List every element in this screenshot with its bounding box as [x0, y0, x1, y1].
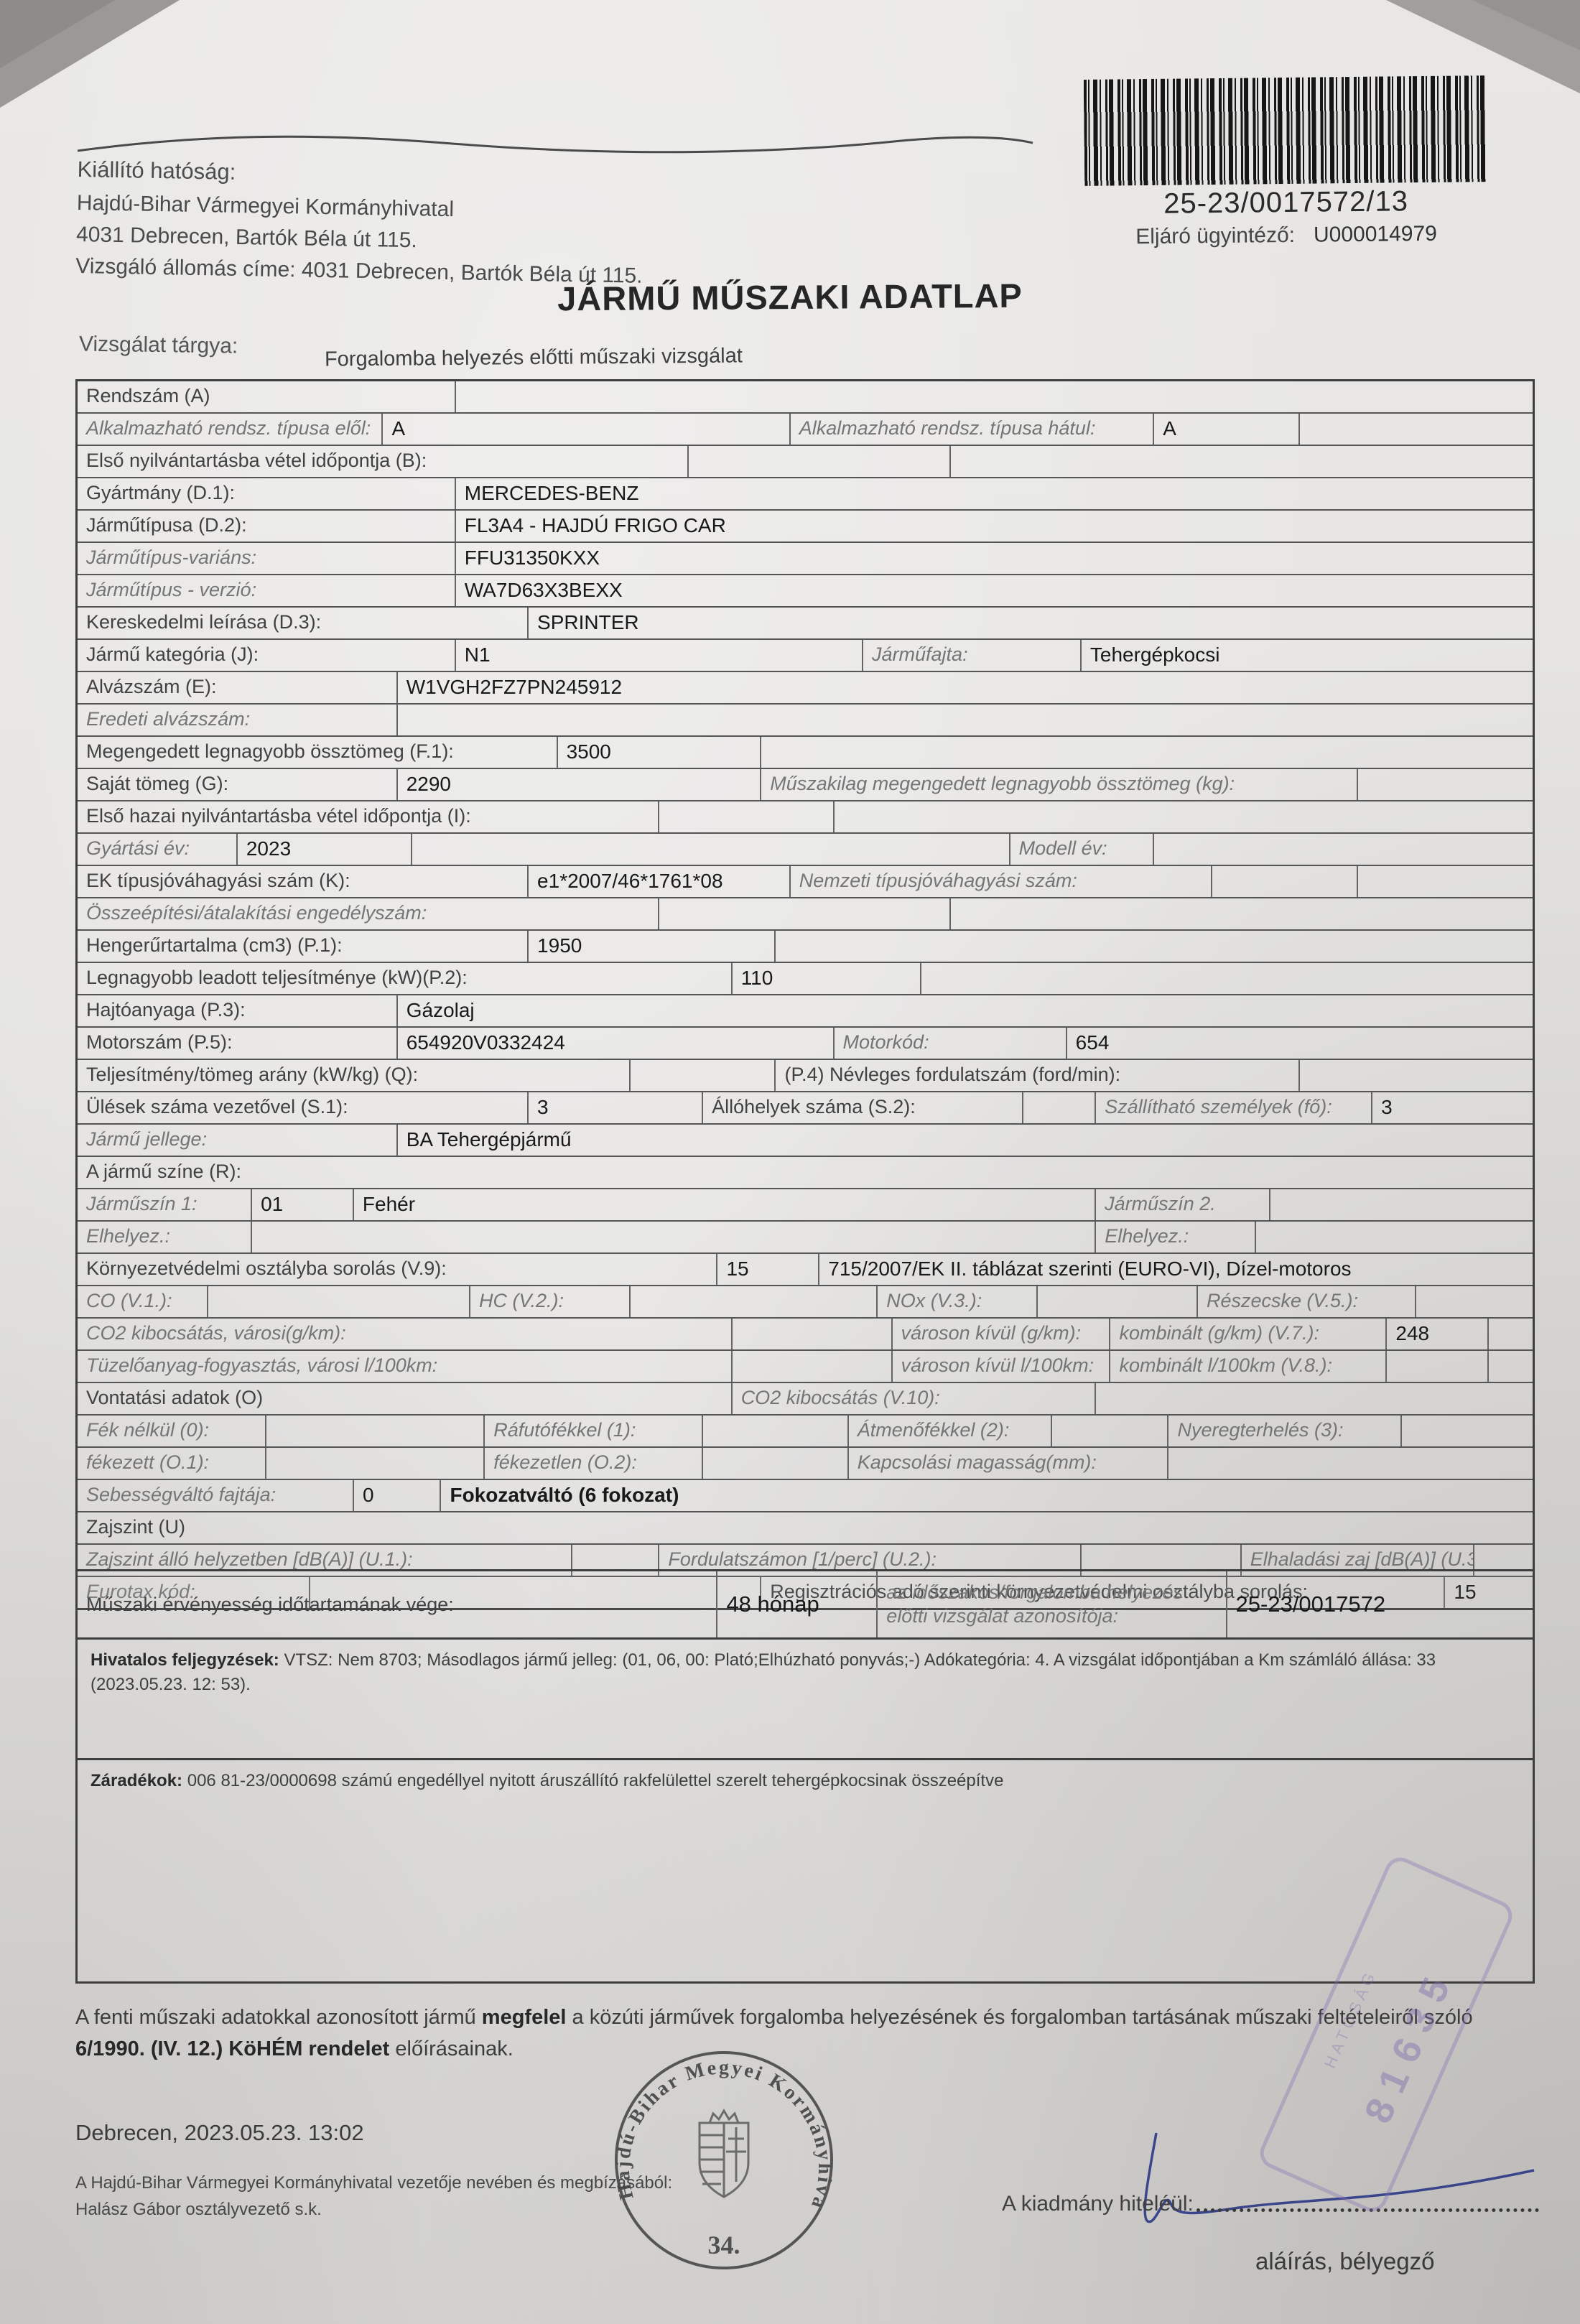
scanned-document: Kiállító hatóság: Hajdú-Bihar Vármegyei …: [0, 0, 1580, 2324]
field-label: Gyártmány (D.1):: [78, 478, 456, 509]
field-label: Nyeregterhelés (3):: [1168, 1416, 1401, 1446]
signer-line: Halász Gábor osztályvezető s.k.: [75, 2200, 322, 2220]
authority-delegation-line: A Hajdú-Bihar Vármegyei Kormányhivatal v…: [75, 2173, 672, 2193]
field-label: HC (V.2.):: [470, 1286, 631, 1317]
field-value: 01: [252, 1189, 354, 1220]
field-label: Elhelyez.:: [78, 1222, 252, 1252]
empty-cell: [659, 801, 834, 832]
statement-bold: 6/1990. (IV. 12.) KöHÉM rendelet: [75, 2037, 389, 2060]
field-value: BA Tehergépjármű: [398, 1125, 1533, 1156]
field-label: Elhelyez.:: [1096, 1222, 1256, 1252]
clerk-line: Eljáró ügyintéző: U000014979: [1078, 221, 1495, 250]
field-value: 110: [733, 963, 921, 994]
coat-of-arms-icon: [700, 2111, 748, 2197]
field-label: Eredeti alvázszám:: [78, 705, 398, 735]
wavy-rule-line: [72, 131, 1041, 159]
empty-cell: [266, 1448, 485, 1479]
field-value: SPRINTER: [529, 608, 1533, 638]
attestation-label: A kiadmány hiteléül:: [1002, 2192, 1194, 2216]
table-row: Járműtípus - verzió:WA7D63X3BEXX: [78, 575, 1533, 608]
photo-corner-shadow: [1472, 0, 1580, 50]
field-label: Alkalmazható rendsz. típusa elől:: [78, 414, 383, 445]
table-row: Alvázszám (E):W1VGH2FZ7PN245912: [78, 672, 1533, 705]
validity-and-notes-box: Műszaki érvényesség időtartamának vége:4…: [75, 1569, 1535, 1984]
field-value: 15: [717, 1254, 819, 1285]
field-label: A jármű színe (R):: [78, 1157, 1533, 1188]
empty-cell: [659, 898, 950, 929]
empty-cell: [1212, 866, 1358, 897]
field-label: (P.4) Névleges fordulatszám (ford/min):: [776, 1060, 1299, 1091]
field-label: Alkalmazható rendsz. típusa hátul:: [791, 414, 1155, 445]
field-label: Első nyilvántartásba vétel időpontja (B)…: [78, 446, 689, 477]
table-row: Első nyilvántartásba vétel időpontja (B)…: [78, 446, 1533, 478]
spacer-cell: [776, 931, 1533, 962]
field-value: A: [383, 414, 790, 445]
field-value: Fokozatváltó (6 fokozat): [441, 1480, 1533, 1511]
empty-cell: [1402, 1416, 1533, 1446]
table-row: Járműtípusa (D.2):FL3A4 - HAJDÚ FRIGO CA…: [78, 511, 1533, 543]
table-row: Teljesítmény/tömeg arány (kW/kg) (Q):(P.…: [78, 1060, 1533, 1092]
svg-text:Hajdú-Bihar Megyei Kormányhiva: Hajdú-Bihar Megyei Kormányhivatal: [595, 2038, 836, 2213]
field-value: 248: [1387, 1319, 1489, 1349]
field-label: Jármű jellege:: [78, 1125, 398, 1156]
field-label: Legnagyobb leadott teljesítménye (kW)(P.…: [78, 963, 733, 994]
table-row: Járműtípus-variáns:FFU31350KXX: [78, 543, 1533, 575]
issuing-authority-block: Kiállító hatóság: Hajdú-Bihar Vármegyei …: [75, 157, 644, 296]
statement-bold: megfelel: [482, 2006, 567, 2029]
field-value: Tehergépkocsi: [1082, 640, 1533, 671]
field-value: FL3A4 - HAJDÚ FRIGO CAR: [456, 511, 1533, 542]
empty-cell: [689, 446, 951, 477]
field-label: Motorkód:: [835, 1028, 1067, 1059]
field-value: 25-23/0017572: [1227, 1571, 1533, 1637]
field-label: CO2 kibocsátás (V.10):: [733, 1383, 1097, 1414]
table-row: Jármű kategória (J):N1Járműfajta:Tehergé…: [78, 640, 1533, 672]
field-label: városon kívül l/100km:: [893, 1351, 1111, 1382]
field-label: Saját tömeg (G):: [78, 769, 398, 800]
field-value: 0: [354, 1480, 442, 1511]
table-row: Gyártmány (D.1):MERCEDES-BENZ: [78, 478, 1533, 511]
field-label: Kapcsolási magasság(mm):: [849, 1448, 1169, 1479]
spacer-cell: [412, 834, 1009, 865]
field-label: Fék nélkül (0):: [78, 1416, 266, 1446]
spacer-cell: [835, 801, 1533, 832]
clerk-label: Eljáró ügyintéző:: [1135, 223, 1295, 249]
empty-cell: [1256, 1222, 1533, 1252]
empty-cell: [1416, 1286, 1533, 1317]
spacer-cell: [951, 446, 1533, 477]
issuer-label: Kiállító hatóság:: [77, 157, 644, 192]
empty-cell: [1052, 1416, 1168, 1446]
empty-cell: [1358, 769, 1533, 800]
spacer-cell: [921, 963, 1533, 994]
empty-cell: [733, 1319, 893, 1349]
field-value: W1VGH2FZ7PN245912: [398, 672, 1533, 703]
table-row: Legnagyobb leadott teljesítménye (kW)(P.…: [78, 963, 1533, 995]
vehicle-data-table: Rendszám (A)Alkalmazható rendsz. típusa …: [75, 379, 1535, 1610]
spacer-cell: [1489, 1319, 1533, 1349]
empty-cell: [1038, 1286, 1198, 1317]
clauses-text: 006 81-23/0000698 számú engedéllyel nyit…: [182, 1771, 1003, 1790]
field-label: Rendszám (A): [78, 381, 456, 412]
table-row: Vontatási adatok (O)CO2 kibocsátás (V.10…: [78, 1383, 1533, 1416]
stamp-ring-text: Hajdú-Bihar Megyei Kormányhivatal: [595, 2038, 836, 2213]
field-value: 1950: [529, 931, 776, 962]
empty-cell: [703, 1416, 849, 1446]
barcode-block: 25-23/0017572/13 Eljáró ügyintéző: U0000…: [1077, 75, 1495, 250]
table-row: Kereskedelmi leírása (D.3):SPRINTER: [78, 608, 1533, 640]
table-row: Hajtóanyaga (P.3):Gázolaj: [78, 995, 1533, 1028]
field-label: Alvázszám (E):: [78, 672, 398, 703]
spacer-cell: [1358, 866, 1533, 897]
field-value: 3: [529, 1092, 703, 1123]
field-label: Teljesítmény/tömeg arány (kW/kg) (Q):: [78, 1060, 631, 1091]
table-row: Tüzelőanyag-fogyasztás, városi l/100km:v…: [78, 1351, 1533, 1383]
table-row: Első hazai nyilvántartásba vétel időpont…: [78, 801, 1533, 834]
spacer-cell: [761, 737, 1533, 768]
field-label: Összeépítési/átalakítási engedélyszám:: [78, 898, 659, 929]
field-value: 3500: [558, 737, 762, 768]
field-label: Ülések száma vezetővel (S.1):: [78, 1092, 529, 1123]
table-row: Alkalmazható rendsz. típusa elől:AAlkalm…: [78, 414, 1533, 446]
field-label: NOx (V.3.):: [878, 1286, 1038, 1317]
table-row: CO2 kibocsátás, városi(g/km):városon kív…: [78, 1319, 1533, 1351]
empty-cell: [1387, 1351, 1489, 1382]
table-row: Megengedett legnagyobb össztömeg (F.1):3…: [78, 737, 1533, 769]
field-value: 654: [1067, 1028, 1533, 1059]
empty-cell: [1023, 1092, 1096, 1123]
statement-text: A fenti műszaki adatokkal azonosított já…: [75, 2006, 482, 2029]
signature-caption: aláírás, bélyegző: [1255, 2248, 1434, 2275]
table-row: Jármű jellege:BA Tehergépjármű: [78, 1125, 1533, 1157]
table-row: Fék nélkül (0):Ráfutófékkel (1):Átmenőfé…: [78, 1416, 1533, 1448]
field-label: Járműtípus - verzió:: [78, 575, 456, 606]
field-label: Motorszám (P.5):: [78, 1028, 398, 1059]
empty-cell: [252, 1222, 1096, 1252]
table-row: Eredeti alvázszám:: [78, 705, 1533, 737]
field-value: Gázolaj: [398, 995, 1533, 1026]
subject-value: Forgalomba helyezés előtti műszaki vizsg…: [325, 344, 743, 371]
table-row: Gyártási év:2023Modell év:: [78, 834, 1533, 866]
table-row: Elhelyez.:Elhelyez.:: [78, 1222, 1533, 1254]
field-label: Műszaki érvényesség időtartamának vége:: [78, 1571, 717, 1637]
official-notes-text: VTSZ: Nem 8703; Másodlagos jármű jelleg:…: [90, 1650, 1436, 1694]
field-value: 654920V0332424: [398, 1028, 835, 1059]
field-label: városon kívül (g/km):: [893, 1319, 1111, 1349]
field-label: Sebességváltó fajtája:: [78, 1480, 354, 1511]
field-label: Szállítható személyek (fő):: [1096, 1092, 1372, 1123]
case-number: 25-23/0017572/13: [1084, 185, 1487, 221]
field-label: Első hazai nyilvántartásba vétel időpont…: [78, 801, 659, 832]
official-notes: Hivatalos feljegyzések: VTSZ: Nem 8703; …: [78, 1640, 1533, 1760]
field-label: az időszakos/forgalomba helyezés előtti …: [878, 1571, 1227, 1637]
empty-cell: [703, 1448, 849, 1479]
field-value: A: [1154, 414, 1300, 445]
field-label: Kereskedelmi leírása (D.3):: [78, 608, 529, 638]
spacer-cell: [1300, 414, 1533, 445]
field-label: Megengedett legnagyobb össztömeg (F.1):: [78, 737, 558, 768]
field-value: 3: [1372, 1092, 1533, 1123]
clerk-id: U000014979: [1314, 222, 1437, 248]
table-row: fékezett (O.1):fékezetlen (O.2):Kapcsolá…: [78, 1448, 1533, 1480]
field-label: fékezett (O.1):: [78, 1448, 266, 1479]
field-label: Járműtípus-variáns:: [78, 543, 456, 574]
empty-cell: [398, 705, 1533, 735]
table-row: A jármű színe (R):: [78, 1157, 1533, 1189]
empty-cell: [266, 1416, 485, 1446]
spacer-cell: [951, 898, 1533, 929]
empty-cell: [1300, 1060, 1533, 1091]
stamp-number: 34.: [708, 2231, 740, 2259]
table-row: Sebességváltó fajtája:0Fokozatváltó (6 f…: [78, 1480, 1533, 1512]
field-value: N1: [456, 640, 863, 671]
field-label: Hajtóanyaga (P.3):: [78, 995, 398, 1026]
statement-text: előírásainak.: [389, 2037, 513, 2060]
field-label: Állóhelyek száma (S.2):: [703, 1092, 1023, 1123]
field-label: Részecske (V.5.):: [1198, 1286, 1416, 1317]
table-row: Műszaki érvényesség időtartamának vége:4…: [78, 1571, 1533, 1640]
table-row: Hengerűrtartalma (cm3) (P.1):1950: [78, 931, 1533, 963]
field-value: 2023: [238, 834, 412, 865]
field-label: CO2 kibocsátás, városi(g/km):: [78, 1319, 733, 1349]
field-value: FFU31350KXX: [456, 543, 1533, 574]
table-row: Motorszám (P.5):654920V0332424Motorkód:6…: [78, 1028, 1533, 1060]
table-row: Járműszín 1:01FehérJárműszín 2.: [78, 1189, 1533, 1222]
clauses-label: Záradékok:: [90, 1771, 182, 1790]
table-row: Rendszám (A): [78, 381, 1533, 414]
place-date-line: Debrecen, 2023.05.23. 13:02: [75, 2120, 364, 2146]
field-label: EK típusjóváhagyási szám (K):: [78, 866, 529, 897]
field-value: MERCEDES-BENZ: [456, 478, 1533, 509]
table-row: CO (V.1.):HC (V.2.):NOx (V.3.):Részecske…: [78, 1286, 1533, 1319]
field-label: kombinált l/100km (V.8.):: [1110, 1351, 1387, 1382]
field-label: Ráfutófékkel (1):: [485, 1416, 703, 1446]
field-label: Vontatási adatok (O): [78, 1383, 733, 1414]
field-label: Tüzelőanyag-fogyasztás, városi l/100km:: [78, 1351, 733, 1382]
issuer-address: 4031 Debrecen, Bartók Béla út 115.: [76, 223, 643, 257]
empty-cell: [733, 1351, 893, 1382]
field-value: 48 hónap: [717, 1571, 878, 1637]
field-label: Hengerűrtartalma (cm3) (P.1):: [78, 931, 529, 962]
empty-cell: [456, 381, 1533, 412]
attestation-line: A kiadmány hiteléül:: [1002, 2192, 1539, 2216]
field-label: Jármű kategória (J):: [78, 640, 456, 671]
empty-cell: [208, 1286, 470, 1317]
field-label: Járműszín 1:: [78, 1189, 252, 1220]
empty-cell: [631, 1286, 878, 1317]
field-label: Nemzeti típusjóváhagyási szám:: [791, 866, 1213, 897]
field-label: Gyártási év:: [78, 834, 238, 865]
table-row: Környezetvédelmi osztályba sorolás (V.9)…: [78, 1254, 1533, 1286]
field-value: Fehér: [354, 1189, 1096, 1220]
field-label: CO (V.1.):: [78, 1286, 208, 1317]
empty-cell: [1168, 1448, 1533, 1479]
table-row: EK típusjóváhagyási szám (K):e1*2007/46*…: [78, 866, 1533, 898]
field-label: kombinált (g/km) (V.7.):: [1110, 1319, 1387, 1349]
field-value: e1*2007/46*1761*08: [529, 866, 791, 897]
field-label: Járműszín 2.: [1096, 1189, 1270, 1220]
field-value: 2290: [398, 769, 762, 800]
empty-cell: [631, 1060, 776, 1091]
official-round-stamp: Hajdú-Bihar Megyei Kormányhivatal 34.: [595, 2038, 853, 2286]
field-label: Műszakilag megengedett legnagyobb össztö…: [761, 769, 1358, 800]
issuer-name: Hajdú-Bihar Vármegyei Kormányhivatal: [77, 191, 644, 226]
table-row: Ülések száma vezetővel (S.1):3Állóhelyek…: [78, 1092, 1533, 1125]
field-value: WA7D63X3BEXX: [456, 575, 1533, 606]
field-label: Átmenőfékkel (2):: [849, 1416, 1053, 1446]
spacer-cell: [1489, 1351, 1533, 1382]
field-label: Járműfajta:: [863, 640, 1082, 671]
field-label: Modell év:: [1009, 834, 1155, 865]
field-label: Zajszint (U): [78, 1512, 1533, 1543]
field-label: Környezetvédelmi osztályba sorolás (V.9)…: [78, 1254, 717, 1285]
official-notes-label: Hivatalos feljegyzések:: [90, 1650, 279, 1670]
table-row: Saját tömeg (G):2290Műszakilag megengede…: [78, 769, 1533, 801]
photo-corner-shadow: [0, 0, 115, 68]
subject-label: Vizsgálat tárgya:: [79, 332, 238, 358]
field-label: fékezetlen (O.2):: [485, 1448, 703, 1479]
field-label: Járműtípusa (D.2):: [78, 511, 456, 542]
empty-cell: [1270, 1189, 1533, 1220]
spacer-cell: [1096, 1383, 1533, 1414]
empty-cell: [1154, 834, 1533, 865]
validity-table: Műszaki érvényesség időtartamának vége:4…: [78, 1571, 1533, 1640]
table-row: Összeépítési/átalakítási engedélyszám:: [78, 898, 1533, 931]
clauses-note: Záradékok: 006 81-23/0000698 számú enged…: [78, 1760, 1533, 1802]
field-value: 715/2007/EK II. táblázat szerinti (EURO-…: [819, 1254, 1533, 1285]
barcode-icon: [1084, 75, 1487, 186]
table-row: Zajszint (U): [78, 1512, 1533, 1545]
